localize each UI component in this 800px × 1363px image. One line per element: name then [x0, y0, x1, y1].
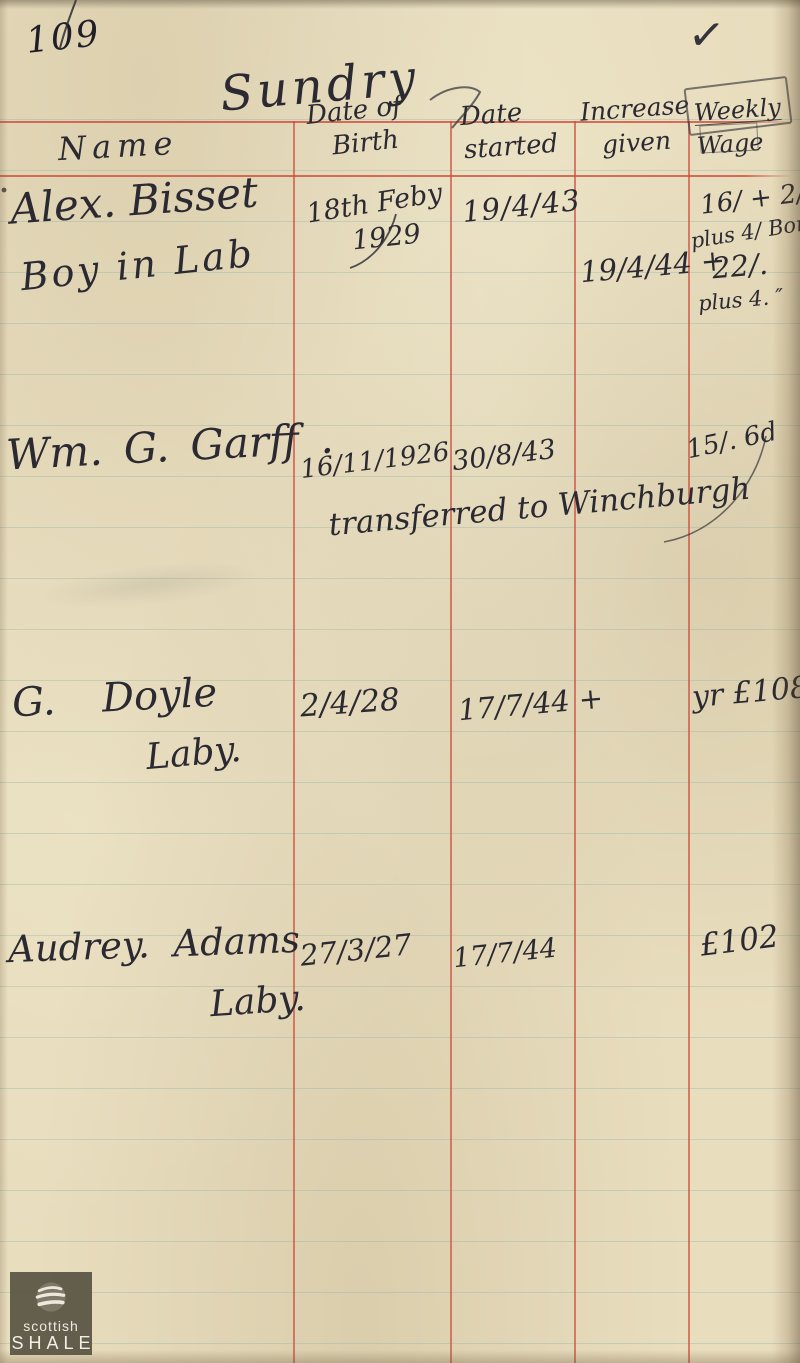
scottish-shale-watermark: scottish SHALE: [10, 1272, 92, 1355]
page-edge-left: [0, 0, 8, 1363]
row2-name: Wm. G. Garff .: [5, 417, 334, 476]
column-header-name: Name: [57, 127, 179, 165]
page-edge-right: [772, 0, 800, 1363]
row3-weekly-wage-line1: yr £108: [691, 673, 800, 713]
globe-icon: [31, 1278, 71, 1318]
row1-weekly-wage-line3: 22/.: [711, 250, 769, 284]
header-rule-bottom: [0, 175, 793, 177]
column-rule-3: [574, 121, 576, 1363]
row1-role: Boy in Lab: [19, 234, 257, 296]
page-number: 109: [24, 16, 102, 60]
column-rule-2: [450, 121, 452, 1363]
row1-date-of-birth: 18th Feby: [305, 179, 444, 227]
row2-date-of-birth: 16/11/1926: [299, 439, 451, 483]
row1-date-started: 19/4/43: [461, 186, 582, 227]
row1-weekly-wage-line4: plus 4. ″: [697, 286, 784, 314]
column-header-started-line1: Date: [459, 100, 523, 130]
header-rule-top: [0, 121, 793, 123]
pencil-scribble-box: [683, 76, 792, 136]
column-header-dob-line1: Date of: [305, 93, 403, 129]
column-rule-4: [688, 121, 690, 1363]
row1-increase-given: 19/4/44 +: [579, 246, 726, 288]
page-edge-bottom: [0, 1350, 800, 1363]
tick-mark: ✓: [686, 12, 727, 60]
row4-name: Audrey. Adams: [7, 921, 300, 968]
column-header-dob-line2: Birth: [331, 127, 400, 160]
row3-name: G. Doyle: [11, 673, 218, 724]
ink-flourish-strokes: [0, 0, 800, 1363]
ruled-feint-lines: [0, 119, 800, 1363]
column-rule-1: [293, 121, 295, 1363]
row3-date-of-birth: 2/4/28: [299, 685, 401, 723]
column-header-increase-line2: given: [601, 128, 672, 158]
row4-weekly-wage-line1: £102: [698, 921, 780, 961]
paper-texture: [0, 0, 800, 1363]
row2-weekly-wage-line1: 15/. 6d: [684, 419, 779, 463]
row4-date-of-birth: 27/3/27: [299, 930, 413, 971]
ink-showthrough-smudge: [39, 554, 262, 617]
row1-weekly-wage-line2: plus 4/ Bonus: [689, 209, 800, 252]
row2-transfer-note: transferred to Winchburgh: [327, 474, 751, 542]
column-header-increase-line1: Increase: [579, 92, 690, 125]
row1-weekly-wage-line1: 16/ + 2/-: [699, 179, 800, 219]
row1-name: Alex. Bisset: [9, 171, 259, 230]
column-header-started-line2: started: [463, 131, 559, 164]
watermark-text-shale: SHALE: [11, 1334, 95, 1354]
row3-date-started: 17/7/44 +: [457, 684, 604, 726]
row3-role: Laby.: [145, 732, 243, 776]
row4-role: Laby.: [209, 981, 307, 1024]
page-title: Sundry: [218, 53, 421, 118]
page-edge-top: [0, 0, 800, 9]
row1-date-of-birth-year: 1929: [351, 220, 422, 254]
pencil-scribble-box-small: [699, 123, 758, 154]
row2-date-started: 30/8/43: [451, 436, 558, 475]
row4-date-started: 17/7/44: [452, 935, 558, 973]
ledger-page-scan: 109 ✓ Sundry Name Date of Birth Date sta…: [0, 0, 800, 1363]
column-header-wage-line1: Weekly: [693, 95, 781, 126]
watermark-text-scottish: scottish: [23, 1319, 78, 1334]
column-header-wage-line2: Wage: [696, 130, 764, 159]
